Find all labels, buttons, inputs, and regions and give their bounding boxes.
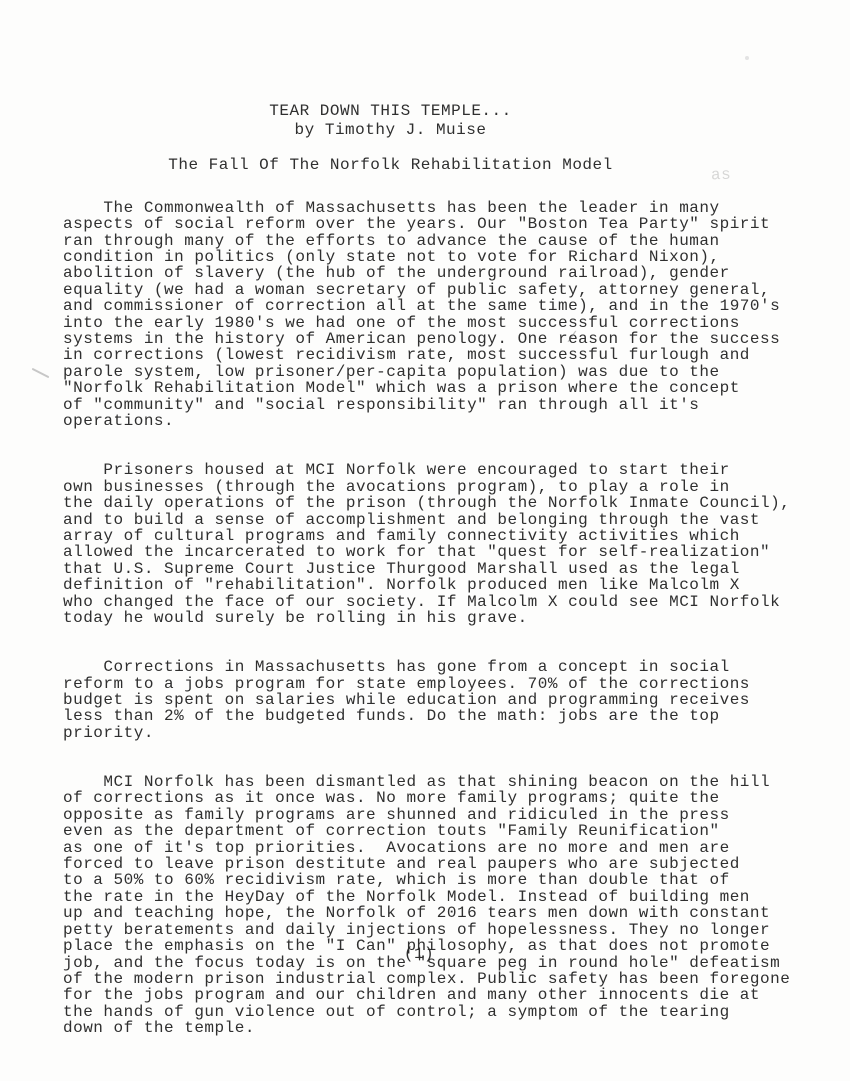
scan-artifact-slash: / [566,329,578,348]
byline: by Timothy J. Muise [63,121,718,139]
paragraph-1: The Commonwealth of Massachusetts has be… [63,200,790,430]
page-number: (1) [63,945,775,963]
typewritten-document-page: TEAR DOWN THIS TEMPLE... The Fall Of The… [0,0,850,1081]
title-line-1: TEAR DOWN THIS TEMPLE... [63,102,718,120]
paragraph-3: Corrections in Massachusetts has gone fr… [63,659,790,741]
paragraph-2: Prisoners housed at MCI Norfolk were enc… [63,462,790,626]
scan-artifact-margin-tick [32,368,50,378]
scan-artifact-speck [745,56,749,60]
paragraph-4: MCI Norfolk has been dismantled as that … [63,774,790,1037]
scan-artifact-ghost-text: as [711,166,732,185]
document-body: The Commonwealth of Massachusetts has be… [63,167,790,1069]
